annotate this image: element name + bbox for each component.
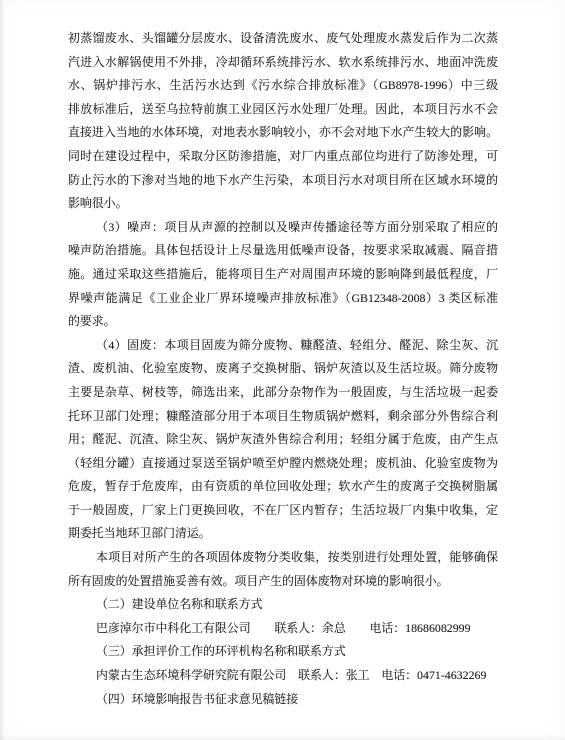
section-heading: （二）建设单位名称和联系方式: [68, 593, 498, 617]
paragraph-solid-waste-summary: 本项目对所产生的各项固体废物分类收集，按类别进行处理处置，能够确保 所有固废的处…: [68, 546, 498, 593]
text-line: （4）固废：本项目固废为筛分废物、糠醛渣、轻组分、醛泥、除尘灰、沉: [68, 334, 498, 358]
text-line: 排放标准后，送至乌拉特前旗工业园区污水处理厂处理。因此，本项目污水不会: [68, 98, 498, 122]
text-line: 的要求。: [68, 310, 498, 334]
document-page: 初蒸馏废水、头馏罐分层废水、设备清洗废水、废气处理废水蒸发后作为二次蒸 汽进入水…: [0, 0, 565, 740]
contact-eia-agency: 内蒙古生态环境科学研究院有限公司 联系人：张工 电话：0471-4632269: [68, 664, 498, 688]
text-line: 水、锅炉排污水、生活污水达到《污水综合排放标准》（GB8978-1996）中三级: [68, 74, 498, 98]
scan-edge-shading-bottom: [0, 736, 565, 740]
text-line: 影响很小。: [68, 192, 498, 216]
contact-line: 内蒙古生态环境科学研究院有限公司 联系人：张工 电话：0471-4632269: [68, 664, 498, 688]
text-line: 防止污水的下渗对当地的地下水产生污染，本项目污水对项目所在区域水环境的: [68, 169, 498, 193]
scan-edge-shading-left: [0, 0, 5, 740]
text-line: 危废，暂存于危废库，由有资质的单位回收处理；软水产生的废离子交换树脂属: [68, 475, 498, 499]
heading-construction-unit: （二）建设单位名称和联系方式: [68, 593, 498, 617]
text-line: 汽进入水解锅使用不外排，冷却循环系统排污水、软水系统排污水、地面冲洗废: [68, 51, 498, 75]
document-body: 初蒸馏废水、头馏罐分层废水、设备清洗废水、废气处理废水蒸发后作为二次蒸 汽进入水…: [68, 27, 498, 711]
text-line: 用；醛泥、沉渣、除尘灰、锅炉灰渣外售综合利用；轻组分属于危废，由产生点: [68, 428, 498, 452]
text-line: 施。通过采取这些措施后，能将项目生产对周围声环境的影响降到最低程度，厂: [68, 263, 498, 287]
text-line: 初蒸馏废水、头馏罐分层废水、设备清洗废水、废气处理废水蒸发后作为二次蒸: [68, 27, 498, 51]
text-line: 界噪声能满足《工业企业厂界环境噪声排放标准》（GB12348-2008）3 类区…: [68, 287, 498, 311]
text-line: 同时在建设过程中，采取分区防渗措施，对厂内重点部位均进行了防渗处理，可: [68, 145, 498, 169]
text-line: 主要是杂草、树枝等，筛选出来，此部分杂物作为一般固废，与生活垃圾一起委: [68, 381, 498, 405]
text-line: 期委托当地环卫部门清运。: [68, 522, 498, 546]
section-heading: （三）承担评价工作的环评机构名称和联系方式: [68, 640, 498, 664]
paragraph-wastewater-continued: 初蒸馏废水、头馏罐分层废水、设备清洗废水、废气处理废水蒸发后作为二次蒸 汽进入水…: [68, 27, 498, 216]
text-line: 托环卫部门处理；糠醛渣部分用于本项目生物质锅炉燃料，剩余部分外售综合利: [68, 405, 498, 429]
paragraph-noise: （3）噪声：项目从声源的控制以及噪声传播途径等方面分别采取了相应的 噪声防治措施…: [68, 216, 498, 334]
text-line: 所有固废的处置措施妥善有效。项目产生的固体废物对环境的影响很小。: [68, 570, 498, 594]
text-line: （轻组分罐）直接通过泵送至锅炉喷至炉膛内燃烧处理；废机油、化验室废物为: [68, 452, 498, 476]
text-line: 噪声防治措施。具体包括设计上尽量选用低噪声设备，按要求采取减震、隔音措: [68, 239, 498, 263]
text-line: 本项目对所产生的各项固体废物分类收集，按类别进行处理处置，能够确保: [68, 546, 498, 570]
text-line: 渣、废机油、化验室废物、废离子交换树脂、锅炉灰渣以及生活垃圾。筛分废物: [68, 357, 498, 381]
heading-eia-agency: （三）承担评价工作的环评机构名称和联系方式: [68, 640, 498, 664]
paragraph-solid-waste: （4）固废：本项目固废为筛分废物、糠醛渣、轻组分、醛泥、除尘灰、沉 渣、废机油、…: [68, 334, 498, 546]
section-heading: （四）环境影响报告书征求意见稿链接: [68, 688, 498, 712]
text-line: 于一般固废，厂家上门更换回收，不在厂区内暂存；生活垃圾厂内集中收集，定: [68, 499, 498, 523]
contact-line: 巴彦淖尔市中科化工有限公司 联系人：余总 电话：18686082999: [68, 617, 498, 641]
text-line: 直接进入当地的水体环境，对地表水影响较小，亦不会对地下水产生较大的影响。: [68, 121, 498, 145]
contact-construction-unit: 巴彦淖尔市中科化工有限公司 联系人：余总 电话：18686082999: [68, 617, 498, 641]
text-line: （3）噪声：项目从声源的控制以及噪声传播途径等方面分别采取了相应的: [68, 216, 498, 240]
heading-draft-link: （四）环境影响报告书征求意见稿链接: [68, 688, 498, 712]
